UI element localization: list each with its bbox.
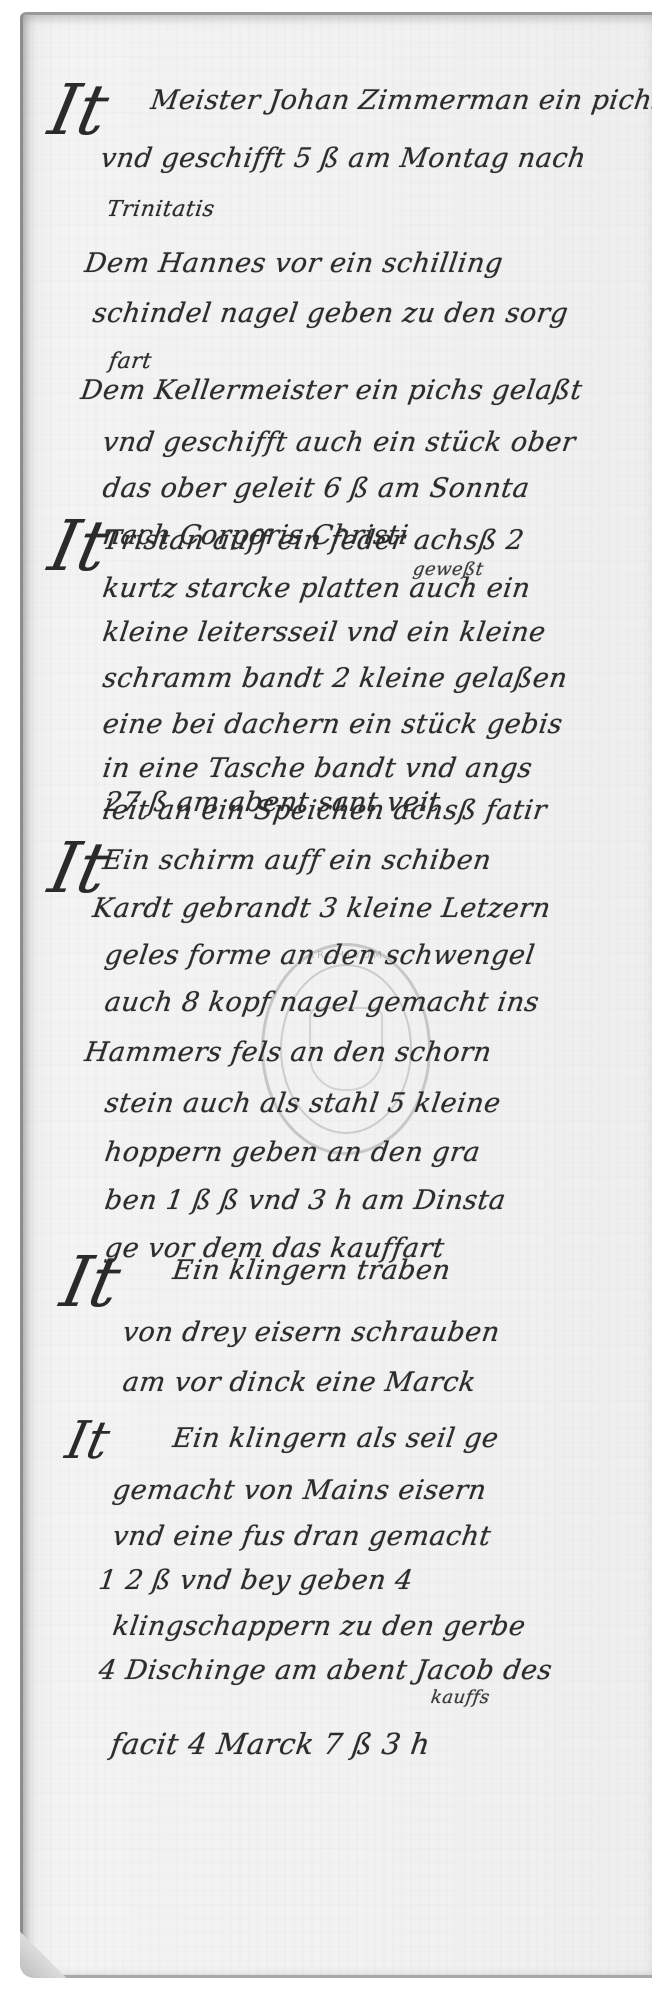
entry-line: klingschappern zu den gerbe [111,1611,528,1642]
entry-line: schindel nagel geben zu den sorg [91,298,570,329]
entry-initial-marker: It [44,75,115,145]
interlinear-note: kauffs [430,1687,492,1708]
entry-line: ben 1 ß ß vnd 3 h am Dinsta [103,1185,508,1216]
entry-line: Dem Hannes vor ein schilling [83,248,505,279]
entry-line: 4 Dischinge am abent Jacob des [97,1655,554,1686]
entry-line: Hammers fels an den schorn [83,1037,494,1068]
entry-line: 27 ß am abent sant veit [103,787,442,818]
entry-line: fart [107,349,153,374]
entry-line: geles forme an den schwengel [103,940,537,971]
entry-line: Ein klingern als seil ge [171,1423,501,1454]
entry-line: stein auch als stahl 5 kleine [103,1088,503,1119]
worn-corner [20,1932,66,1978]
entry-line: gemacht von Mains eisern [111,1475,489,1506]
entry-line: am vor dinck eine Marck [121,1367,478,1398]
entry-line: von drey eisern schrauben [121,1317,502,1348]
total-line: facit 4 Marck 7 ß 3 h [109,1727,433,1761]
entry-line: vnd geschifft 5 ß am Montag nach [99,143,588,174]
entry-line: Dem Kellermeister ein pichs gelaßt [79,375,584,406]
entry-line: Ein schirm auff ein schiben [101,845,494,876]
entry-line: Meister Johan Zimmerman ein pichs gelaßt [149,85,652,116]
entry-line: Ein klingern traben [171,1255,453,1286]
manuscript-page: It Meister Johan Zimmerman ein pichs gel… [20,12,652,1978]
entry-line: hoppern geben an den gra [103,1137,483,1168]
entry-line: auch 8 kopf nagel gemacht ins [103,987,541,1018]
entry-initial-marker: It [56,1247,127,1317]
entry-line: 1 2 ß vnd bey geben 4 [97,1565,415,1596]
entry-line: eine bei dachern ein stück gebis [101,709,565,740]
entry-line: Kardt gebrandt 3 kleine Letzern [91,893,553,924]
entry-line: vnd geschifft auch ein stück ober [101,427,578,458]
entry-line: kleine leitersseil vnd ein kleine [101,617,548,648]
entry-line: schramm bandt 2 kleine gelaßen [101,663,570,694]
entry-line: das ober geleit 6 ß am Sonnta [101,473,532,504]
entry-line: in eine Tasche bandt vnd angs [101,753,535,784]
entry-line: kurtz starcke platten auch ein [101,573,533,604]
entry-line: vnd eine fus dran gemacht [111,1521,493,1552]
entry-line: Trinitatis [105,197,216,222]
entry-line: Tristan auff ein feder achsß 2 [101,525,526,556]
entry-initial-marker: It [61,1415,113,1467]
